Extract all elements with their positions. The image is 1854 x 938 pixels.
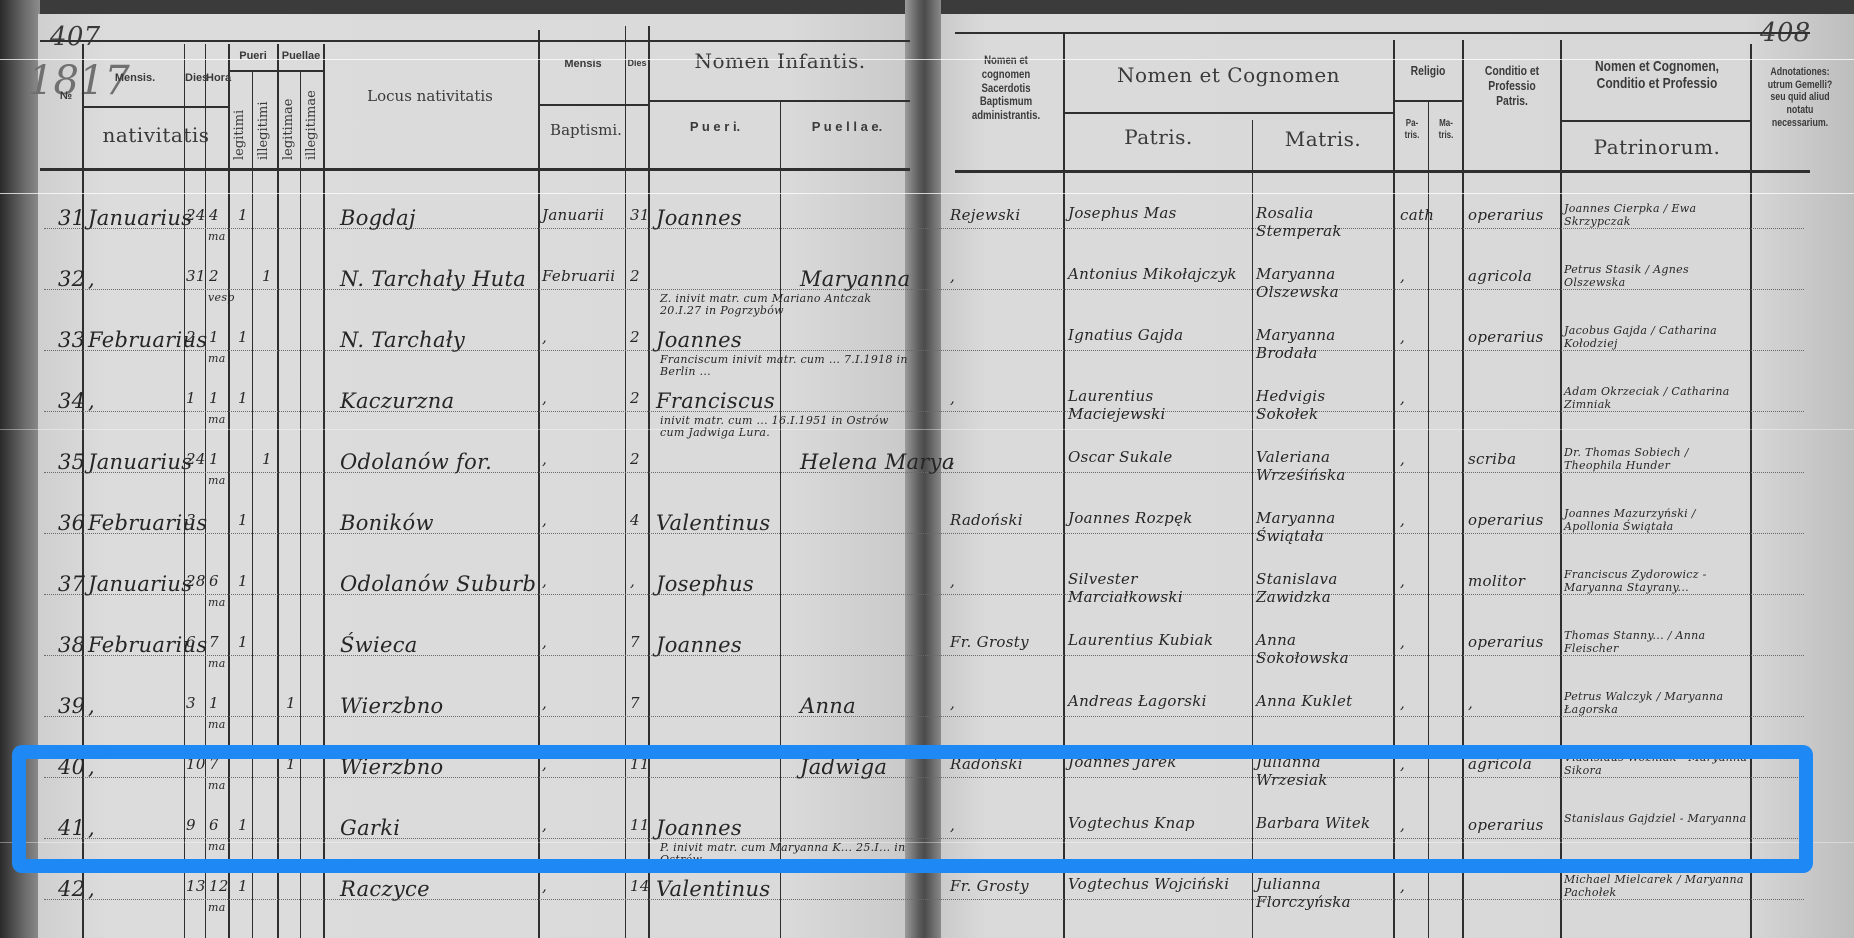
entry-sacerdos: , [950,450,955,468]
entry-mensis: , [88,816,95,840]
entry-bapt-mensis: , [542,572,547,590]
entry-mater: Barbara Witek [1256,814,1390,832]
entry-mensis: , [88,694,95,718]
entry-patrini: Franciscus Zydorowicz - Maryanna Stayran… [1564,568,1748,594]
header-top-rule-right [955,32,1810,34]
entry-rel: , [1400,511,1405,529]
entry-conditio: operarius [1468,816,1544,834]
entry-bapt-dies: 7 [630,633,640,651]
entry-sacerdos: , [950,816,955,834]
entry-hora: 1 [209,389,219,407]
entry-conditio: operarius [1468,206,1544,224]
entry-no: 33 [58,328,85,352]
entry-dies: 31 [186,267,206,285]
col-rule [625,26,626,938]
entry-rel: , [1400,694,1405,712]
col-rule [228,44,230,938]
entry-rel: , [1400,877,1405,895]
entry-rel: , [1400,389,1405,407]
entry-hora-note: ma [208,413,226,426]
entry-bapt-dies: 2 [630,267,640,285]
header-sacerdos: Nomen et cognomen Sacerdotis Baptismum a… [960,54,1053,123]
header-nomen-infantis: Nomen Infantis. [660,50,900,73]
entry-pater: Joannes Jarek [1068,753,1248,771]
entry-mater: Maryanna Olszewska [1256,265,1390,301]
entry-bapt-dies: 2 [630,328,640,346]
entry-bapt-mensis: , [542,877,547,895]
entry-bapt-mensis: , [542,328,547,346]
entry-hora: 6 [209,572,219,590]
entry-patrini: Adam Okrzeciak / Catharina Zimniak [1564,385,1748,411]
entry-rel: , [1400,328,1405,346]
entry-pater: Laurentius Kubiak [1068,631,1248,649]
entry-bapt-dies: 31 [630,206,650,224]
entry-hora-note: vesp [208,291,235,304]
entry-rel: , [1400,755,1405,773]
entry-conditio: operarius [1468,633,1544,651]
entry-sacerdos: Radoński [950,755,1023,773]
header-illegitimi: illegitimi [256,80,271,160]
entry-hora-note: ma [208,718,226,731]
entry-no: 34 [58,389,85,413]
entry-hora: 12 [209,877,229,895]
entry-ill-p: 1 [262,450,272,468]
entry-patrini: Dr. Thomas Sobiech / Theophila Hunder [1564,446,1748,472]
entry-leg-p: 1 [238,328,248,346]
entry-mensis: , [88,267,95,291]
entry-puella: Maryanna [800,267,910,291]
entry-bapt-dies: , [630,572,635,590]
entry-puella: Jadwiga [800,755,887,779]
header-pueri: Pueri [230,50,276,63]
entry-sacerdos: Radoński [950,511,1023,529]
entry-hora: 6 [209,816,219,834]
col-rule [1393,40,1395,938]
entry-bapt-mensis: Januarii [542,206,604,224]
entry-bapt-mensis: Februarii [542,267,615,285]
entry-locus: N. Tarchały [340,328,465,352]
entry-pater: Oscar Sukale [1068,448,1248,466]
col-rule [538,30,540,938]
header-bottom-rule-right [955,170,1810,173]
entry-bapt-mensis: , [542,816,547,834]
entry-puer: Franciscus [656,389,775,413]
entry-pater: Silvester Marciałkowski [1068,570,1248,606]
header-mensis: Mensis. [100,72,170,85]
entry-hora: 7 [209,633,219,651]
entry-pater: Vogtechus Wojciński [1068,875,1248,893]
entry-leg-f: 1 [286,755,296,773]
header-conditio: Conditio et Professio Patris. [1477,64,1547,109]
entry-no: 36 [58,511,85,535]
entry-bapt-mensis: , [542,389,547,407]
entry-sacerdos: Fr. Grosty [950,633,1029,651]
entry-puer: Joannes [656,328,742,352]
entry-baseline [44,350,1804,352]
col-rule [1750,44,1752,938]
entry-mater: Rosalia Stemperak [1256,204,1390,240]
entry-bapt-mensis: , [542,450,547,468]
entry-patrini: Jacobus Gajda / Catharina Kołodziej [1564,324,1748,350]
col-rule [1252,120,1253,938]
header-religio-matris: Ma-tris. [1433,118,1459,141]
entry-no: 37 [58,572,85,596]
entry-locus: Odolanów for. [340,450,492,474]
entry-pater: Josephus Mas [1068,204,1248,222]
entry-hora: 7 [209,755,219,773]
col-rule [300,70,301,938]
header-rule [1393,100,1462,102]
header-rule [538,104,648,106]
entry-puer: Joannes [656,816,742,840]
entry-rel: , [1400,267,1405,285]
entry-hora: 4 [209,206,219,224]
entry-puer: Joannes [656,633,742,657]
entry-baseline [44,655,1804,657]
header-locus: Locus nativitatis [340,88,520,105]
col-rule [1063,34,1065,938]
entry-locus: Bogdaj [340,206,416,230]
entry-baseline [44,289,1804,291]
entry-conditio: molitor [1468,572,1525,590]
entry-mensis: , [88,755,95,779]
scan-artifact [0,429,1854,430]
entry-dies: 24 [186,450,206,468]
entry-marginal-note: P. inivit matr. cum Maryanna K... 25.I..… [660,842,910,866]
left-page-number: 407 [50,22,101,52]
entry-rel: , [1400,633,1405,651]
entry-dies: 28 [186,572,206,590]
entry-mensis: , [88,389,95,413]
entry-marginal-note: Z. inivit matr. cum Mariano Antczak 20.I… [660,293,910,317]
col-rule [82,44,84,938]
entry-no: 31 [58,206,85,230]
header-nomen-puellae: P u e l l a e. [782,120,912,135]
entry-baseline [44,533,1804,535]
entry-puer: Valentinus [656,511,770,535]
entry-dies: 3 [186,511,196,529]
entry-pater: Andreas Łagorski [1068,692,1248,710]
header-legitimi: legitimi [232,80,247,160]
header-rule [1560,120,1750,122]
entry-puella: Helena Marya [800,450,955,474]
entry-locus: Odolanów Suburb [340,572,536,596]
entry-leg-f: 1 [286,694,296,712]
entry-bapt-dies: 2 [630,450,640,468]
header-rule [648,100,910,102]
entry-baseline [44,716,1804,718]
left-page [38,14,918,938]
col-rule [1462,40,1464,938]
entry-hora-note: ma [208,230,226,243]
header-patris: Patris. [1066,126,1251,149]
entry-sacerdos: , [950,267,955,285]
entry-leg-p: 1 [238,572,248,590]
entry-mater: Maryanna Świątała [1256,509,1390,545]
entry-mater: Anna Kuklet [1256,692,1390,710]
col-rule [1560,40,1562,938]
entry-bapt-dies: 2 [630,389,640,407]
entry-marginal-note: Franciscum inivit matr. cum ... 7.I.1918… [660,354,910,378]
entry-no: 32 [58,267,85,291]
entry-mater: Julianna Wrzesiak [1256,753,1390,789]
header-patrini-top: Nomen et Cognomen, Conditio et Professio [1583,58,1730,93]
entry-hora-note: ma [208,474,226,487]
entry-rel: cath [1400,206,1434,224]
entry-conditio: agricola [1468,755,1532,773]
header-illegitimae: illegitimae [304,80,319,160]
header-top-rule [40,40,910,42]
entry-pater: Vogtechus Knap [1068,814,1248,832]
entry-hora-note: ma [208,779,226,792]
entry-no: 41 [58,816,85,840]
entry-leg-p: 1 [238,389,248,407]
col-rule [205,44,206,938]
entry-locus: Wierzbno [340,694,443,718]
entry-no: 40 [58,755,85,779]
header-adnotationes: Adnotationes: utrum Gemelli? seu quid al… [1762,66,1839,129]
entry-mater: Anna Sokołowska [1256,631,1390,667]
entry-bapt-mensis: , [542,511,547,529]
entry-patrini: Joannes Cierpka / Ewa Skrzypczak [1564,202,1748,228]
entry-locus: Kaczurzna [340,389,454,413]
entry-leg-p: 1 [238,206,248,224]
entry-no: 38 [58,633,85,657]
entry-no: 39 [58,694,85,718]
entry-dies: 10 [186,755,206,773]
entry-patrini: Vladislaus Wozniak - Maryanna Sikora [1564,751,1748,777]
col-rule [648,26,650,938]
header-nomen-pueri: P u e r i. [650,120,780,135]
header-matris: Matris. [1254,128,1392,151]
entry-baseline [44,899,1804,901]
entry-bapt-dies: 14 [630,877,650,895]
entry-hora: 1 [209,694,219,712]
entry-patrini: Joannes Mazurzyński / Apollonia Świątała [1564,507,1748,533]
entry-locus: Wierzbno [340,755,443,779]
entry-dies: 24 [186,206,206,224]
entry-pater: Ignatius Gajda [1068,326,1248,344]
entry-hora-note: ma [208,901,226,914]
entry-leg-p: 1 [238,816,248,834]
entry-bapt-dies: 11 [630,816,650,834]
entry-hora-note: ma [208,596,226,609]
col-rule [252,70,253,938]
entry-conditio: , [1468,694,1473,712]
entry-mater: Hedvigis Sokołek [1256,387,1390,423]
entry-dies: 3 [186,694,196,712]
scan-artifact [0,193,1854,194]
entry-puer: Valentinus [656,877,770,901]
entry-pater: Joannes Rozpęk [1068,509,1248,527]
entry-baseline [44,594,1804,596]
entry-baseline [44,838,1804,840]
header-religio: Religio [1402,64,1455,79]
header-religio-patris: Pa-tris. [1399,118,1425,141]
entry-pater: Laurentius Maciejewski [1068,387,1248,423]
header-nativitatis: nativitatis [86,124,226,147]
entry-patrini: Petrus Stasik / Agnes Olszewska [1564,263,1748,289]
header-hora: Hora [206,72,228,85]
entry-baseline [44,411,1804,413]
entry-puer: Joannes [656,206,742,230]
entry-dies: 6 [186,633,196,651]
entry-locus: Boników [340,511,434,535]
entry-locus: N. Tarchały Huta [340,267,526,291]
entry-rel: , [1400,572,1405,590]
header-puellae: Puellae [278,50,324,63]
entry-mensis: Januarius [88,572,192,596]
entry-dies: 1 [186,389,196,407]
entry-conditio: scriba [1468,450,1516,468]
entry-hora-note: ma [208,352,226,365]
header-rule [228,70,323,72]
entry-bapt-mensis: , [542,633,547,651]
entry-bapt-dies: 7 [630,694,640,712]
entry-conditio: operarius [1468,328,1544,346]
entry-puella: Anna [800,694,856,718]
col-rule [1428,100,1429,938]
entry-hora: 2 [209,267,219,285]
entry-patrini: Michael Mielcarek / Maryanna Pachołek [1564,873,1748,899]
header-number: № [54,90,78,103]
entry-dies: 9 [186,816,196,834]
entry-dies: 2 [186,328,196,346]
entry-sacerdos: , [950,389,955,407]
entry-mater: Stanislava Zawidzka [1256,570,1390,606]
entry-no: 42 [58,877,85,901]
entry-leg-p: 1 [238,877,248,895]
col-rule [184,44,185,938]
entry-sacerdos: Rejewski [950,206,1021,224]
entry-leg-p: 1 [238,633,248,651]
col-rule [277,44,279,938]
entry-bapt-mensis: , [542,755,547,773]
entry-pater: Antonius Mikołajczyk [1068,265,1248,283]
entry-hora: 1 [209,450,219,468]
entry-patrini: Petrus Walczyk / Maryanna Łagorska [1564,690,1748,716]
entry-mater: Maryanna Brodała [1256,326,1390,362]
col-rule [323,44,325,938]
header-legitimae: legitimae [281,80,296,160]
header-baptismi: Baptismi. [548,122,624,139]
entry-mensis: Januarius [88,450,192,474]
entry-marginal-note: inivit matr. cum ... 16.I.1951 in Ostrów… [660,415,910,439]
entry-bapt-mensis: , [542,694,547,712]
entry-rel: , [1400,816,1405,834]
entry-mater: Julianna Florczyńska [1256,875,1390,911]
entry-sacerdos: , [950,694,955,712]
entry-bapt-dies: 11 [630,755,650,773]
entry-patrini: Stanislaus Gajdziel - Maryanna [1564,812,1748,825]
entry-ill-p: 1 [262,267,272,285]
header-rule [1063,112,1393,114]
entry-conditio: operarius [1468,511,1544,529]
entry-no: 35 [58,450,85,474]
scan-artifact [0,842,1854,843]
header-rule [82,106,228,108]
entry-sacerdos: , [950,572,955,590]
entry-locus: Raczyce [340,877,430,901]
entry-mensis: Januarius [88,206,192,230]
entry-dies: 13 [186,877,206,895]
header-nomen-cognomen: Nomen et Cognomen [1066,64,1391,87]
entry-conditio: agricola [1468,267,1532,285]
entry-locus: Garki [340,816,400,840]
book-left-edge [0,0,40,938]
entry-hora: 1 [209,328,219,346]
entry-mensis: , [88,877,95,901]
entry-leg-p: 1 [238,511,248,529]
scan-artifact [0,59,1854,60]
entry-sacerdos: Fr. Grosty [950,877,1029,895]
entry-rel: , [1400,450,1405,468]
entry-hora-note: ma [208,657,226,670]
entry-puer: Josephus [656,572,754,596]
entry-baseline [44,228,1804,230]
entry-baseline [44,777,1804,779]
header-patrinorum: Patrinorum. [1565,136,1749,159]
col-rule [780,100,781,938]
entry-patrini: Thomas Stanny... / Anna Fleischer [1564,629,1748,655]
entry-mater: Valeriana Wrześińska [1256,448,1390,484]
header-dies: Dies [185,72,205,85]
entry-bapt-dies: 4 [630,511,640,529]
entry-locus: Świeca [340,633,418,657]
